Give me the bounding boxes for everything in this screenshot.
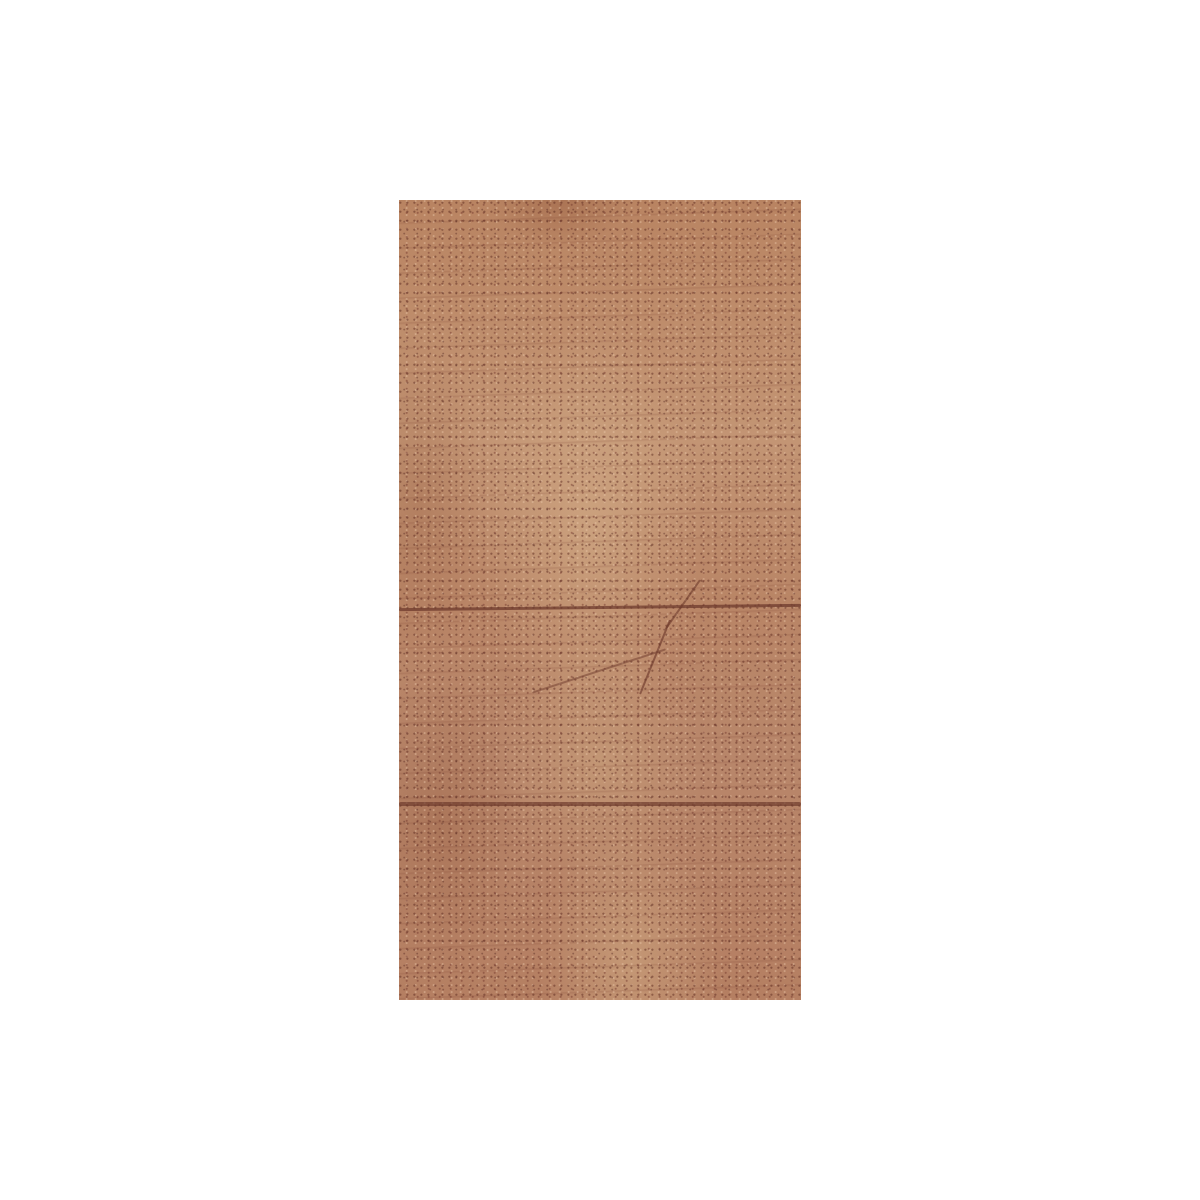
stone-tile-image	[399, 200, 801, 1000]
tile-speckle-texture	[399, 200, 801, 1000]
tile-vein	[399, 802, 801, 806]
